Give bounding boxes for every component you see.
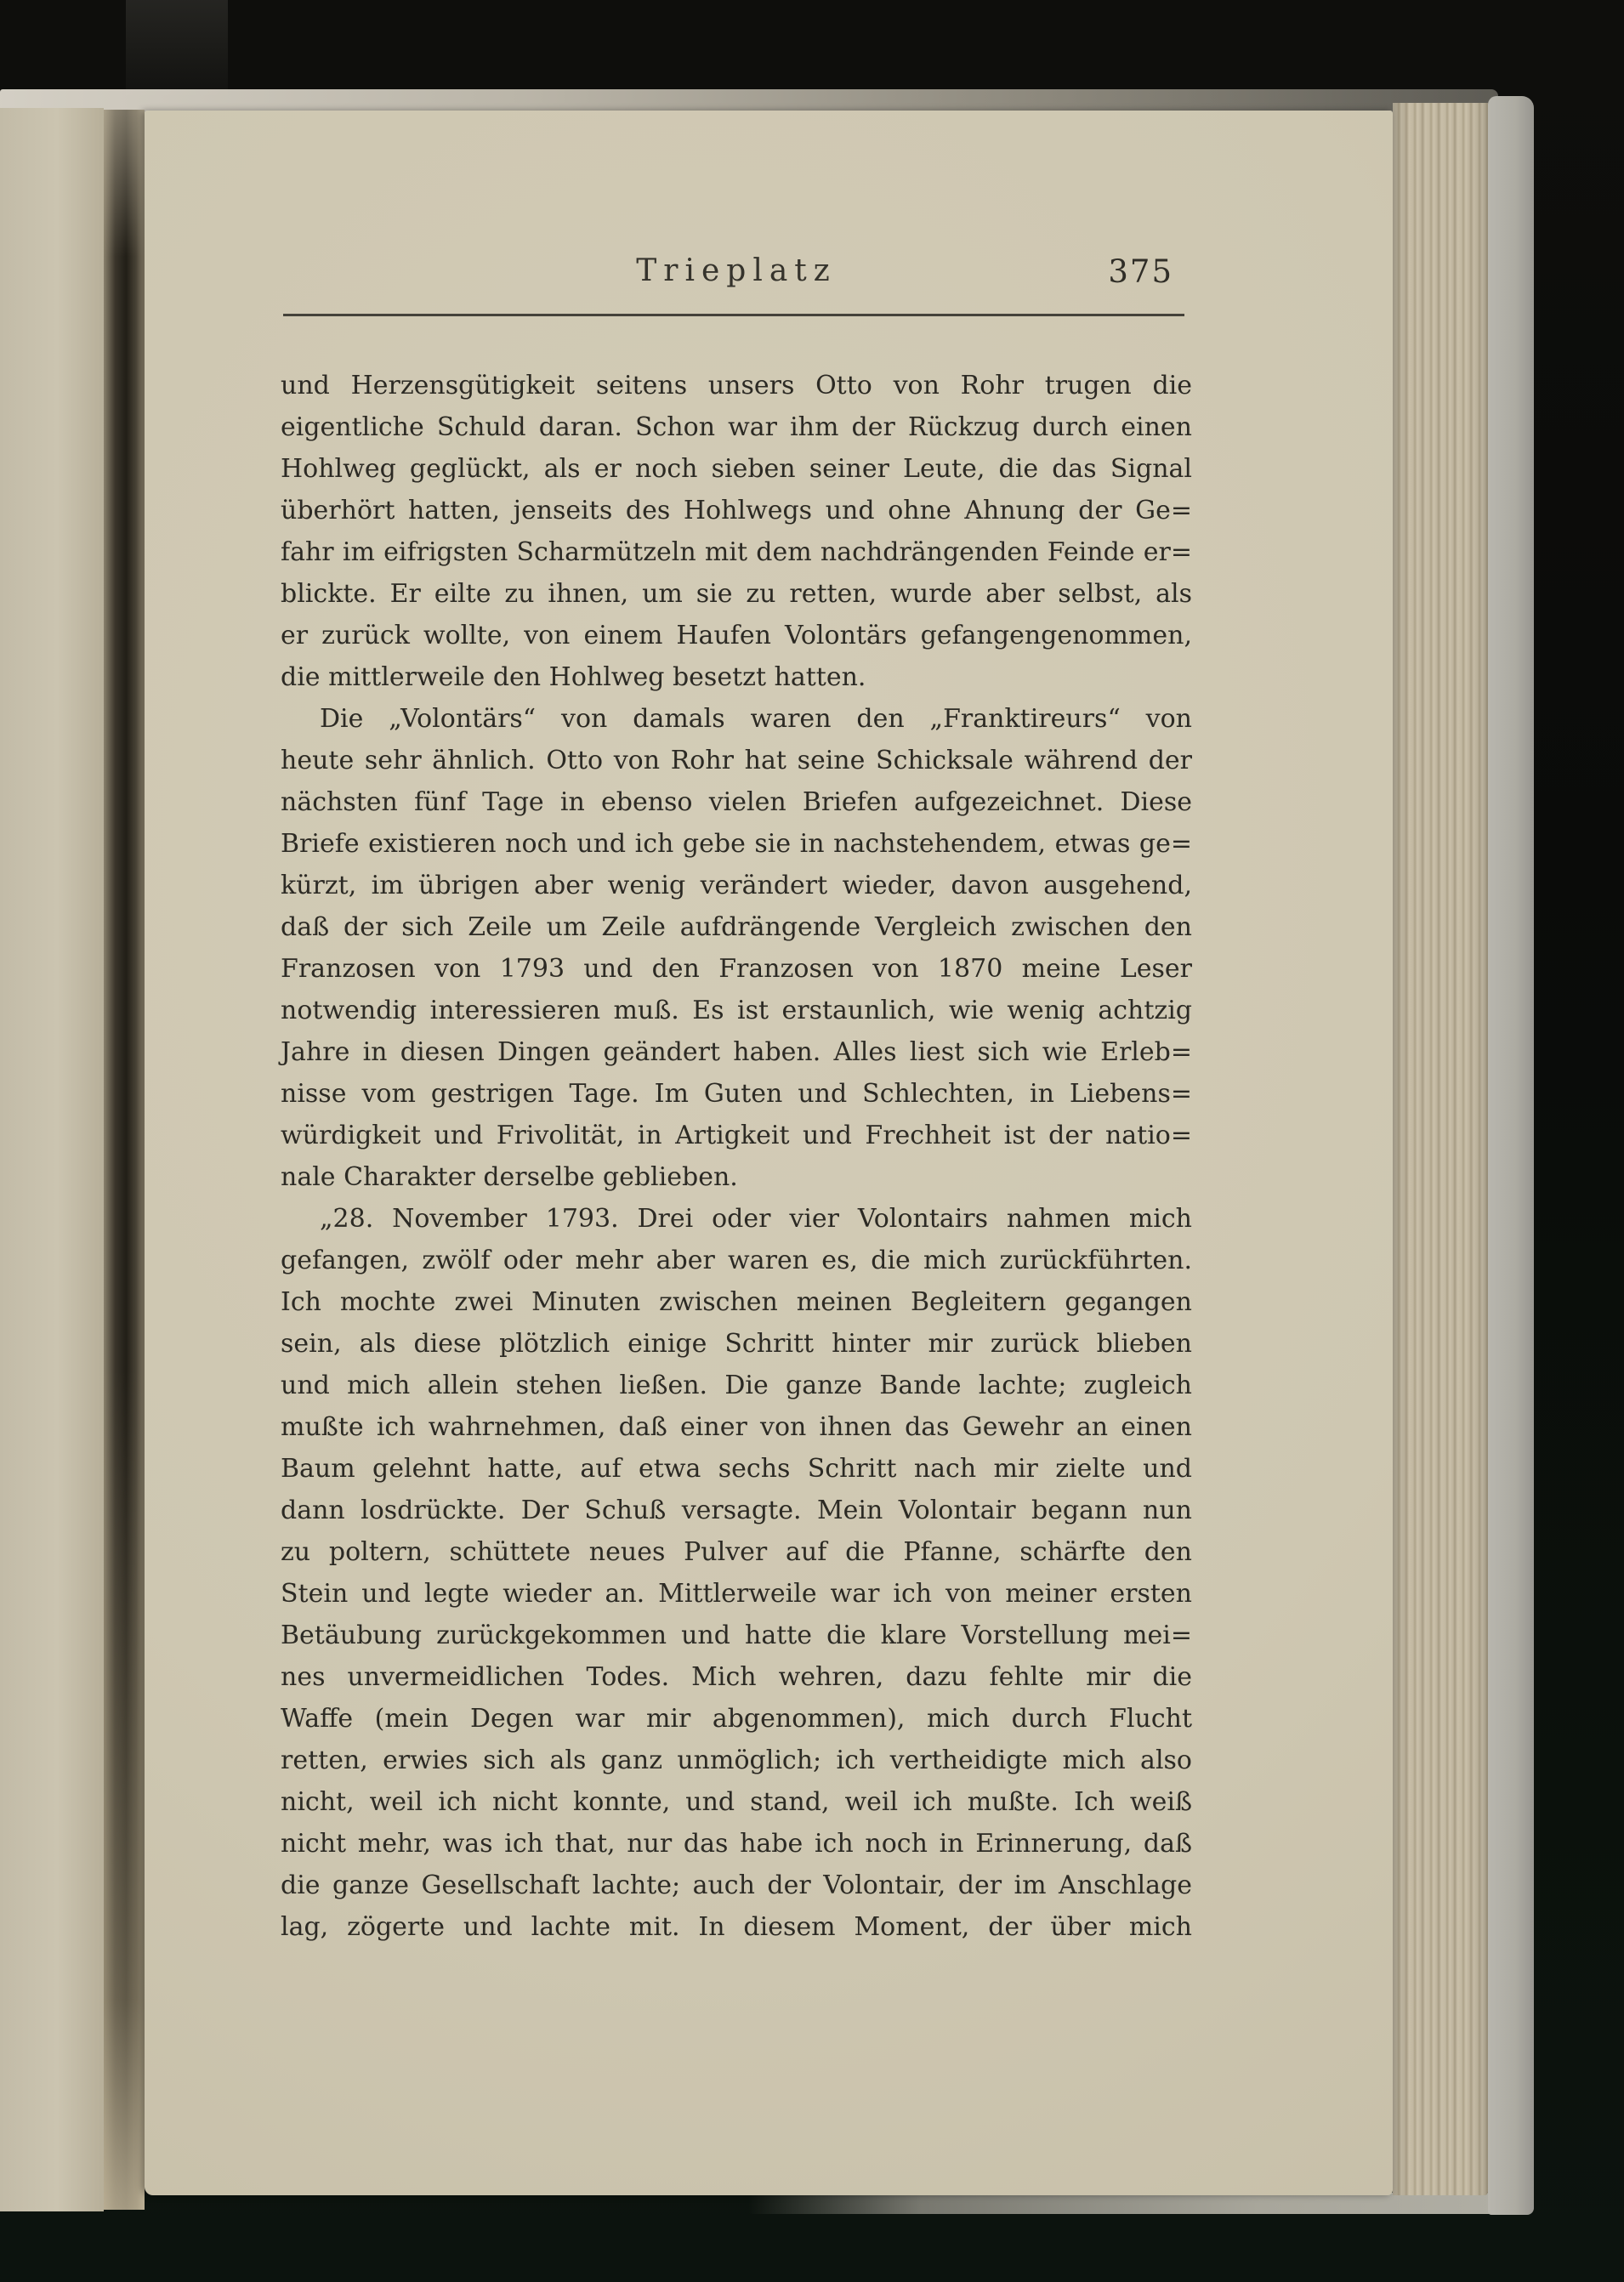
text-line: nicht mehr, was ich that, nur das habe i… bbox=[281, 1823, 1192, 1865]
text-line: würdigkeit und Frivolität, in Artigkeit … bbox=[281, 1115, 1192, 1156]
text-line: Franzosen von 1793 und den Franzosen von… bbox=[281, 948, 1192, 990]
page-header: Trieplatz 375 bbox=[281, 253, 1192, 308]
text-line: und Herzensgütigkeit seitens unsers Otto… bbox=[281, 365, 1192, 406]
gutter-shadow bbox=[104, 110, 145, 2210]
text-line: nächsten fünf Tage in ebenso vielen Brie… bbox=[281, 781, 1192, 823]
facing-page-edge bbox=[0, 108, 104, 2211]
text-line: Ich mochte zwei Minuten zwischen meinen … bbox=[281, 1281, 1192, 1323]
text-line: überhört hatten, jenseits des Hohlwegs u… bbox=[281, 490, 1192, 531]
text-line: nisse vom gestrigen Tage. Im Guten und S… bbox=[281, 1073, 1192, 1115]
text-line: retten, erwies sich als ganz unmöglich; … bbox=[281, 1740, 1192, 1781]
text-line: lag, zögerte und lachte mit. In diesem M… bbox=[281, 1906, 1192, 1948]
text-line: gefangen, zwölf oder mehr aber waren es,… bbox=[281, 1240, 1192, 1281]
text-line: zu poltern, schüttete neues Pulver auf d… bbox=[281, 1531, 1192, 1573]
text-line: nes unvermeidlichen Todes. Mich wehren, … bbox=[281, 1656, 1192, 1698]
header-rule bbox=[283, 314, 1184, 316]
text-line: dann losdrückte. Der Schuß versagte. Mei… bbox=[281, 1490, 1192, 1531]
text-line: daß der sich Zeile um Zeile aufdrängende… bbox=[281, 906, 1192, 948]
text-line: kürzt, im übrigen aber wenig verändert w… bbox=[281, 865, 1192, 906]
text-line: heute sehr ähnlich. Otto von Rohr hat se… bbox=[281, 740, 1192, 781]
text-line: Betäubung zurückgekommen und hatte die k… bbox=[281, 1615, 1192, 1656]
background-reflection bbox=[126, 0, 228, 95]
text-line: nicht, weil ich nicht konnte, und stand,… bbox=[281, 1781, 1192, 1823]
text-line: fahr im eifrigsten Scharmützeln mit dem … bbox=[281, 531, 1192, 573]
text-line: er zurück wollte, von einem Haufen Volon… bbox=[281, 615, 1192, 656]
page-number: 375 bbox=[1108, 253, 1173, 290]
text-line: Baum gelehnt hatte, auf etwa sechs Schri… bbox=[281, 1448, 1192, 1490]
text-line: Die „Volontärs“ von damals waren den „Fr… bbox=[281, 698, 1192, 740]
page-stack-fore-edge bbox=[1393, 103, 1488, 2195]
book-page: Trieplatz 375 und Herzensgütigkeit seite… bbox=[145, 111, 1393, 2195]
book-top-edge bbox=[0, 89, 1498, 113]
cover-bottom-edge bbox=[748, 2193, 1534, 2214]
text-line: mußte ich wahrnehmen, daß einer von ihne… bbox=[281, 1406, 1192, 1448]
text-line: und mich allein stehen ließen. Die ganze… bbox=[281, 1365, 1192, 1406]
text-line: die mittlerweile den Hohlweg besetzt hat… bbox=[281, 656, 1192, 698]
text-line: nale Charakter derselbe geblieben. bbox=[281, 1156, 1192, 1198]
text-line: eigentliche Schuld daran. Schon war ihm … bbox=[281, 406, 1192, 448]
text-line: sein, als diese plötzlich einige Schritt… bbox=[281, 1323, 1192, 1365]
text-block: und Herzensgütigkeit seitens unsers Otto… bbox=[281, 365, 1192, 1948]
running-header: Trieplatz bbox=[281, 253, 1192, 288]
text-line: Jahre in diesen Dingen geändert haben. A… bbox=[281, 1031, 1192, 1073]
book-scan: Trieplatz 375 und Herzensgütigkeit seite… bbox=[0, 0, 1624, 2282]
text-line: Briefe existieren noch und ich gebe sie … bbox=[281, 823, 1192, 865]
text-line: blickte. Er eilte zu ihnen, um sie zu re… bbox=[281, 573, 1192, 615]
text-line: die ganze Gesellschaft lachte; auch der … bbox=[281, 1865, 1192, 1906]
text-line: Stein und legte wieder an. Mittlerweile … bbox=[281, 1573, 1192, 1615]
cover-right-edge bbox=[1488, 96, 1534, 2215]
text-line: Hohlweg geglückt, als er noch sieben sei… bbox=[281, 448, 1192, 490]
text-line: notwendig interessieren muß. Es ist erst… bbox=[281, 990, 1192, 1031]
text-line: „28. November 1793. Drei oder vier Volon… bbox=[281, 1198, 1192, 1240]
text-line: Waffe (mein Degen war mir abgenommen), m… bbox=[281, 1698, 1192, 1740]
